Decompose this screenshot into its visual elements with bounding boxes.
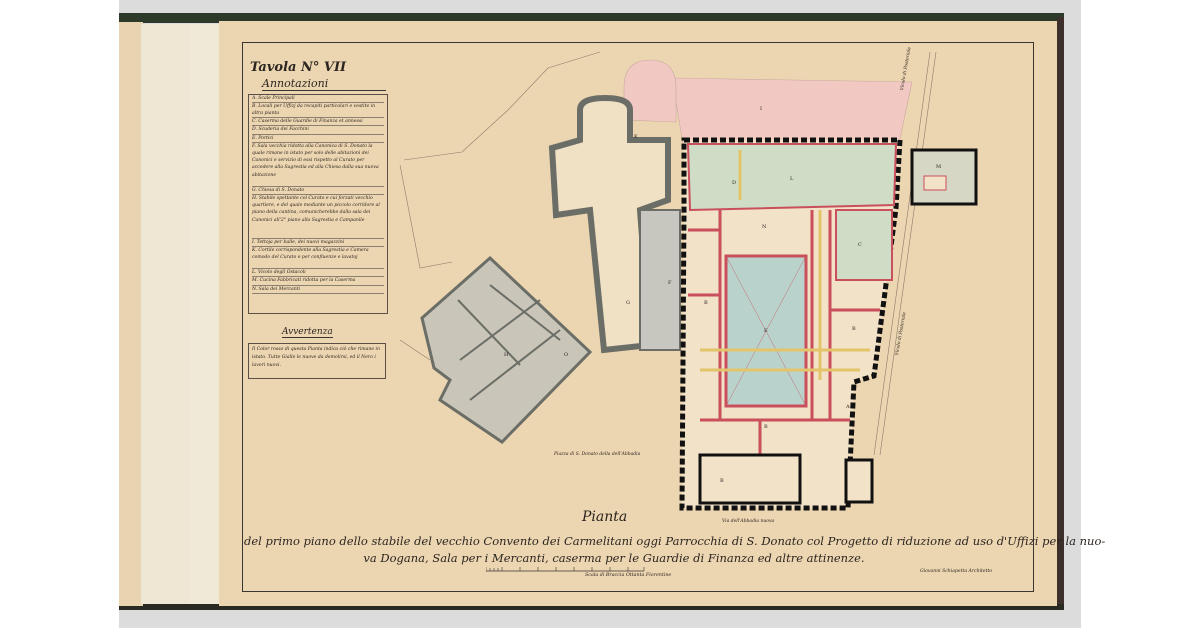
legend-item: L. Vicolo degli Ostacoli (252, 269, 384, 277)
scale-label: Scala di Braccia Ottanta Fiorentine (585, 573, 671, 578)
convent-main (682, 140, 900, 508)
street-label-via-abbadia: Via dell'Abbadia nuova (722, 519, 774, 524)
svg-text:F: F (668, 280, 672, 286)
previous-leaf (119, 22, 143, 606)
svg-text:E: E (764, 328, 768, 334)
svg-text:H: H (504, 352, 509, 358)
architect-signature: Giovanni Schiapetta Architetto (920, 569, 992, 574)
svg-text:C: C (858, 242, 862, 248)
svg-text:B: B (704, 300, 708, 306)
album-cover-right (1057, 17, 1064, 607)
legend-item: B. Locali per Uffizj da recapiti partico… (252, 103, 384, 118)
legend-item: M. Cucina Fabbricati ridotta per la Case… (252, 277, 384, 285)
binding-stub (189, 24, 220, 604)
canonica-block (640, 210, 680, 350)
legend-item: A. Scale Principali (252, 95, 384, 103)
svg-text:O: O (564, 352, 568, 358)
svg-text:K: K (634, 134, 638, 140)
legend-item: D. Scuderia dei Facchini (252, 126, 384, 134)
legend-heading: Annotazioni (262, 77, 386, 91)
notice-text: Il Color rosso di questa Pianta indica c… (248, 343, 386, 379)
svg-text:B: B (764, 424, 768, 430)
plate-title: Tavola N° VII (250, 60, 390, 75)
annex-building (422, 258, 590, 442)
legend-item: E. Portici (252, 135, 384, 143)
svg-text:D: D (732, 180, 736, 186)
legend-list: A. Scale Principali B. Locali per Uffizj… (248, 94, 388, 314)
floor-plan: I K D L M N C B E B A B B G F H O (390, 48, 1010, 518)
street-label-piazza: Piazza di S. Donato della dell'Abbadia (554, 452, 640, 457)
svg-text:B: B (852, 326, 856, 332)
svg-text:M: M (936, 164, 941, 170)
legend-item: N. Sala dei Mercanti (252, 286, 384, 294)
caption-line-2: va Dogana, Sala per i Mercanti, caserma … (314, 551, 914, 565)
caption-line-1: del primo piano dello stabile del vecchi… (244, 534, 1030, 548)
binding-stub (141, 24, 190, 604)
notice-heading: Avvertenza (282, 327, 333, 338)
m-block (912, 150, 976, 204)
legend-item: H. Stabile spettante col Curato e cui fo… (252, 195, 384, 239)
pink-yard (624, 60, 912, 150)
caption-title: Pianta (582, 509, 627, 525)
legend-header: Tavola N° VII Annotazioni (250, 60, 390, 91)
legend-item: G. Chiesa di S. Donato (252, 187, 384, 195)
legend-item: C. Caserma delle Guardie di Finanza et a… (252, 118, 384, 126)
svg-text:N: N (762, 224, 767, 230)
svg-text:G: G (626, 300, 630, 306)
legend-item: I. Tettoja per balle, dei nuovi magazzin… (252, 239, 384, 247)
svg-text:B: B (720, 478, 724, 484)
svg-text:A: A (845, 404, 850, 410)
legend-item: F. Sala vecchia ridotta alla Canonica di… (252, 143, 384, 187)
legend-item: K. Cortile corrispondente alla Sagrestia… (252, 247, 384, 269)
svg-text:I: I (760, 106, 762, 112)
